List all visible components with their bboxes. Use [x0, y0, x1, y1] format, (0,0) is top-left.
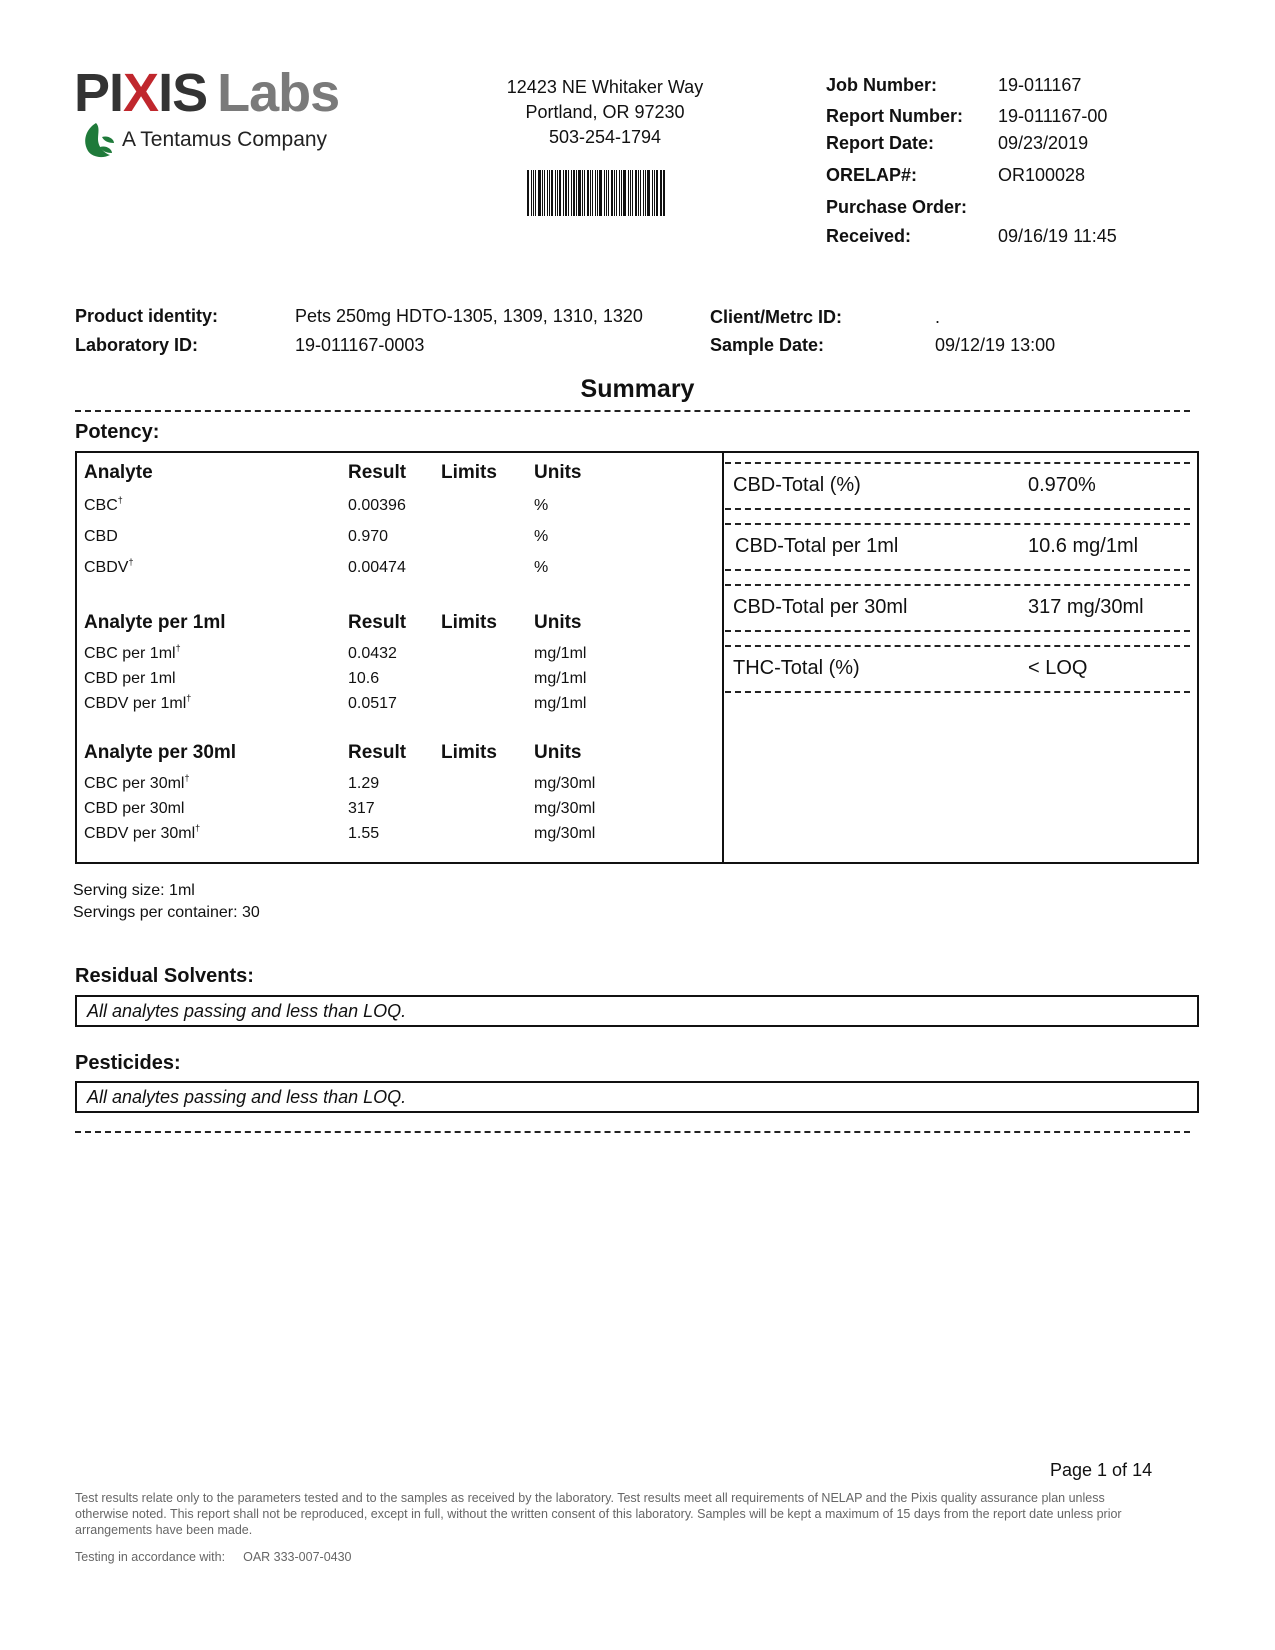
potency-cell-units: % [534, 559, 548, 577]
potency-header-analyte: Analyte per 1ml [84, 612, 226, 634]
potency-header-units: Units [534, 742, 582, 764]
meta-value: 19-011167-00 [998, 106, 1107, 127]
meta-report-number: Report Number:19-011167-00 [826, 106, 1107, 127]
total-dashed-divider [725, 462, 1190, 464]
meta-orelap: ORELAP#:OR100028 [826, 165, 1085, 186]
residual-solvents-result: All analytes passing and less than LOQ. [75, 995, 1199, 1027]
bottom-divider [75, 1131, 1190, 1133]
potency-cell-analyte: CBDV per 1ml† [84, 695, 191, 713]
potency-cell-units: % [534, 528, 548, 546]
page-number: Page 1 of 14 [1050, 1460, 1152, 1481]
potency-cell-units: mg/30ml [534, 775, 595, 793]
pixis-labs-logo: PIXISLabs [74, 66, 339, 120]
total-dashed-divider [725, 569, 1190, 571]
potency-cell-analyte: CBD [84, 528, 118, 546]
logo-text-is: IS [158, 63, 207, 123]
tagline-text: A Tentamus Company [122, 128, 327, 152]
dagger-footnote-mark: † [176, 643, 181, 653]
potency-cell-analyte: CBD per 30ml [84, 800, 184, 818]
potency-header-analyte: Analyte per 30ml [84, 742, 236, 764]
potency-header-limits: Limits [441, 742, 497, 764]
dagger-footnote-mark: † [184, 773, 189, 783]
total-dashed-divider [725, 523, 1190, 525]
tentamus-leaf-icon [82, 121, 116, 159]
product-identity-value: Pets 250mg HDTO-1305, 1309, 1310, 1320 [295, 306, 643, 327]
dagger-footnote-mark: † [118, 495, 123, 505]
potency-cell-analyte: CBD per 1ml [84, 670, 176, 688]
dagger-footnote-mark: † [195, 823, 200, 833]
meta-value: 09/16/19 11:45 [998, 226, 1117, 247]
potency-cell-result: 0.0517 [348, 695, 397, 713]
potency-cell-units: % [534, 497, 548, 515]
potency-cell-units: mg/30ml [534, 800, 595, 818]
meta-label: Received: [826, 226, 998, 247]
total-dashed-divider [725, 508, 1190, 510]
total-value: < LOQ [1028, 657, 1087, 680]
logo-text-x: X [123, 63, 158, 123]
logo-text-labs: Labs [217, 63, 339, 123]
client-metrc-id-value: . [935, 307, 940, 328]
serving-size: Serving size: 1ml [73, 882, 195, 900]
address-phone: 503-254-1794 [470, 125, 740, 150]
potency-cell-analyte: CBC per 1ml† [84, 645, 181, 663]
potency-cell-result: 10.6 [348, 670, 379, 688]
total-dashed-divider [725, 630, 1190, 632]
potency-cell-analyte: CBDV per 30ml† [84, 825, 200, 843]
pesticides-result: All analytes passing and less than LOQ. [75, 1081, 1199, 1113]
total-label: CBD-Total per 1ml [735, 535, 898, 558]
total-dashed-divider [725, 584, 1190, 586]
summary-divider [75, 410, 1190, 412]
meta-label: Report Number: [826, 106, 998, 127]
potency-header-result: Result [348, 462, 406, 484]
accordance-label: Testing in accordance with: [75, 1550, 225, 1564]
product-identity-label: Product identity: [75, 306, 218, 326]
meta-report-date: Report Date:09/23/2019 [826, 133, 1088, 154]
potency-cell-units: mg/1ml [534, 670, 586, 688]
total-value: 10.6 mg/1ml [1028, 535, 1138, 558]
meta-label: Job Number: [826, 75, 998, 96]
potency-header-units: Units [534, 612, 582, 634]
meta-value: 19-011167 [998, 75, 1081, 96]
potency-cell-result: 1.29 [348, 775, 379, 793]
meta-received: Received:09/16/19 11:45 [826, 226, 1117, 247]
client-metrc-id-label: Client/Metrc ID: [710, 307, 842, 327]
potency-header-analyte: Analyte [84, 462, 153, 484]
address-city: Portland, OR 97230 [470, 100, 740, 125]
potency-header-result: Result [348, 742, 406, 764]
barcode [527, 170, 667, 216]
potency-cell-units: mg/1ml [534, 645, 586, 663]
total-label: CBD-Total (%) [733, 474, 861, 497]
total-label: CBD-Total per 30ml [733, 596, 908, 619]
potency-cell-result: 1.55 [348, 825, 379, 843]
potency-header-units: Units [534, 462, 582, 484]
client-metrc-label-wrap: Client/Metrc ID: [710, 307, 842, 328]
meta-value: 09/23/2019 [998, 133, 1088, 154]
potency-cell-result: 0.0432 [348, 645, 397, 663]
meta-job-number: Job Number:19-011167 [826, 75, 1081, 96]
sample-date-value: 09/12/19 13:00 [935, 335, 1055, 356]
pesticides-title: Pesticides: [75, 1052, 181, 1075]
total-dashed-divider [725, 645, 1190, 647]
total-dashed-divider [725, 691, 1190, 693]
potency-header-limits: Limits [441, 462, 497, 484]
residual-solvents-title: Residual Solvents: [75, 965, 254, 988]
potency-cell-result: 317 [348, 800, 375, 818]
laboratory-id-label-wrap: Laboratory ID: [75, 335, 198, 356]
meta-purchase-order: Purchase Order: [826, 197, 998, 218]
accordance-value: OAR 333-007-0430 [243, 1550, 351, 1564]
laboratory-id-value: 19-011167-0003 [295, 335, 424, 356]
potency-cell-result: 0.00396 [348, 497, 406, 515]
total-label: THC-Total (%) [733, 657, 860, 680]
dagger-footnote-mark: † [186, 693, 191, 703]
potency-cell-units: mg/30ml [534, 825, 595, 843]
potency-cell-units: mg/1ml [534, 695, 586, 713]
testing-accordance: Testing in accordance with:OAR 333-007-0… [75, 1550, 352, 1564]
servings-per-container: Servings per container: 30 [73, 904, 260, 922]
meta-label: ORELAP#: [826, 165, 998, 186]
product-identity-label-wrap: Product identity: [75, 306, 218, 327]
potency-cell-analyte: CBDV† [84, 559, 133, 577]
potency-header-result: Result [348, 612, 406, 634]
dagger-footnote-mark: † [128, 557, 133, 567]
summary-title: Summary [0, 375, 1275, 404]
laboratory-id-label: Laboratory ID: [75, 335, 198, 355]
potency-cell-result: 0.00474 [348, 559, 406, 577]
sample-date-label: Sample Date: [710, 335, 824, 355]
logo-text-pi: PI [74, 63, 123, 123]
potency-cell-analyte: CBC per 30ml† [84, 775, 190, 793]
meta-label: Report Date: [826, 133, 998, 154]
potency-header-limits: Limits [441, 612, 497, 634]
potency-cell-result: 0.970 [348, 528, 388, 546]
potency-title: Potency: [75, 421, 159, 444]
address-street: 12423 NE Whitaker Way [470, 75, 740, 100]
tentamus-tagline: A Tentamus Company [82, 121, 327, 159]
total-value: 0.970% [1028, 474, 1096, 497]
meta-label: Purchase Order: [826, 197, 998, 218]
meta-value: OR100028 [998, 165, 1085, 186]
potency-cell-analyte: CBC† [84, 497, 123, 515]
total-value: 317 mg/30ml [1028, 596, 1144, 619]
disclaimer: Test results relate only to the paramete… [75, 1490, 1135, 1538]
potency-column-divider [722, 451, 724, 864]
lab-address: 12423 NE Whitaker Way Portland, OR 97230… [470, 75, 740, 150]
sample-date-label-wrap: Sample Date: [710, 335, 824, 356]
